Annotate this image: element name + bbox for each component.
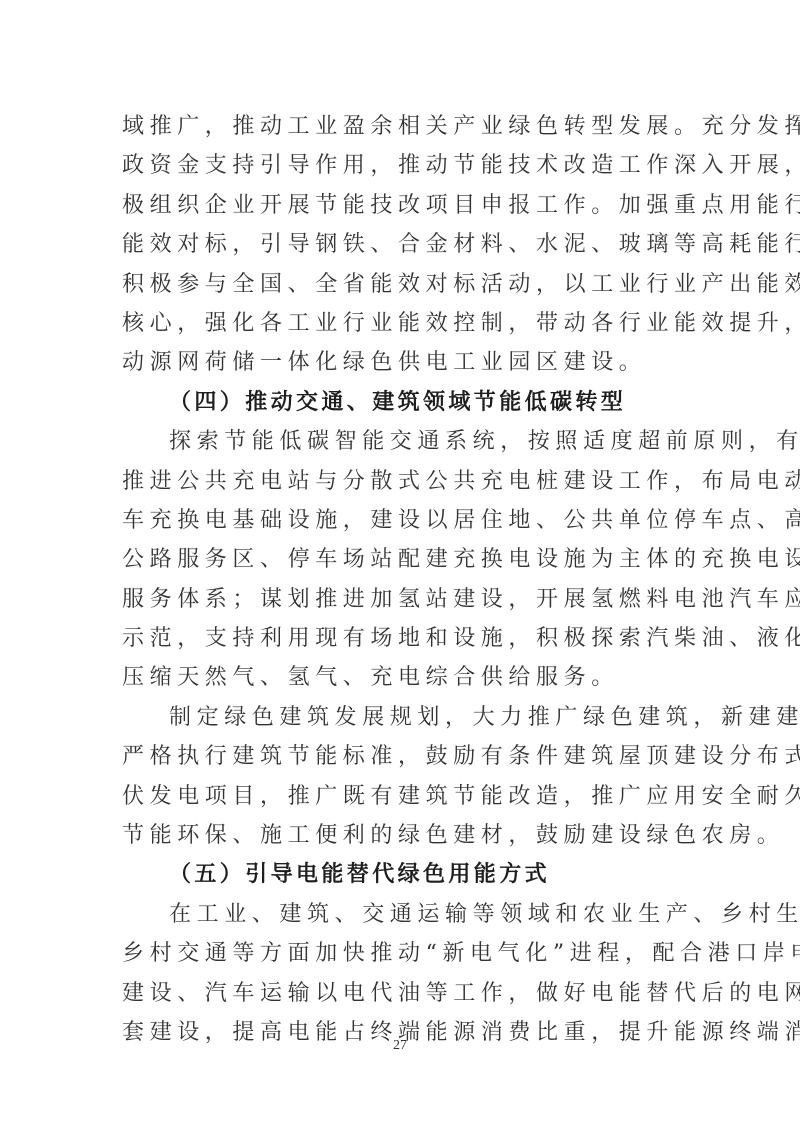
text-line: 积极参与全国、全省能效对标活动，以工业行业产出能效为 bbox=[122, 265, 680, 304]
text-line: 服务体系；谋划推进加氢站建设，开展氢燃料电池汽车应用 bbox=[122, 580, 680, 619]
paragraph-industry-energy-efficiency: 域推广，推动工业盈余相关产业绿色转型发展。充分发挥财 政资金支持引导作用，推动节… bbox=[122, 107, 680, 383]
paragraph-transportation: 探索节能低碳智能交通系统，按照适度超前原则，有序 推进公共充电站与分散式公共充电… bbox=[122, 422, 680, 698]
text-line: 核心，强化各工业行业能效控制，带动各行业能效提升，推 bbox=[122, 304, 680, 343]
section-heading-5: （五）引导电能替代绿色用能方式 bbox=[122, 855, 680, 894]
text-line: 建设、汽车运输以电代油等工作，做好电能替代后的电网配 bbox=[122, 974, 680, 1013]
body-text: 域推广，推动工业盈余相关产业绿色转型发展。充分发挥财 政资金支持引导作用，推动节… bbox=[122, 107, 680, 1052]
text-line: 政资金支持引导作用，推动节能技术改造工作深入开展，积 bbox=[122, 146, 680, 185]
paragraph-electrification: 在工业、建筑、交通运输等领域和农业生产、乡村生活、 乡村交通等方面加快推动“新电… bbox=[122, 895, 680, 1053]
text-line: 能效对标，引导钢铁、合金材料、水泥、玻璃等高耗能行业 bbox=[122, 225, 680, 264]
text-line: 压缩天然气、氢气、充电综合供给服务。 bbox=[122, 658, 680, 697]
text-line: 域推广，推动工业盈余相关产业绿色转型发展。充分发挥财 bbox=[122, 107, 680, 146]
text-line: 制定绿色建筑发展规划，大力推广绿色建筑，新建建筑 bbox=[122, 698, 680, 737]
text-line: 伏发电项目，推广既有建筑节能改造，推广应用安全耐久、 bbox=[122, 777, 680, 816]
text-line: 乡村交通等方面加快推动“新电气化”进程，配合港口岸电 bbox=[122, 934, 680, 973]
text-line: 示范，支持利用现有场地和设施，积极探索汽柴油、液化/ bbox=[122, 619, 680, 658]
text-line: 公路服务区、停车场站配建充换电设施为主体的充换电设施 bbox=[122, 540, 680, 579]
text-line: 极组织企业开展节能技改项目申报工作。加强重点用能行业 bbox=[122, 186, 680, 225]
text-line: 车充换电基础设施，建设以居住地、公共单位停车点、高速 bbox=[122, 501, 680, 540]
text-line: 节能环保、施工便利的绿色建材，鼓励建设绿色农房。 bbox=[122, 816, 680, 855]
section-heading-4: （四）推动交通、建筑领域节能低碳转型 bbox=[122, 383, 680, 422]
text-line: 动源网荷储一体化绿色供电工业园区建设。 bbox=[122, 343, 680, 382]
page-number: 27 bbox=[0, 1038, 800, 1054]
paragraph-green-buildings: 制定绿色建筑发展规划，大力推广绿色建筑，新建建筑 严格执行建筑节能标准，鼓励有条… bbox=[122, 698, 680, 856]
text-line: 探索节能低碳智能交通系统，按照适度超前原则，有序 bbox=[122, 422, 680, 461]
text-line: 严格执行建筑节能标准，鼓励有条件建筑屋顶建设分布式光 bbox=[122, 737, 680, 776]
document-page: 域推广，推动工业盈余相关产业绿色转型发展。充分发挥财 政资金支持引导作用，推动节… bbox=[0, 0, 800, 1131]
text-line: 推进公共充电站与分散式公共充电桩建设工作，布局电动汽 bbox=[122, 462, 680, 501]
text-line: 在工业、建筑、交通运输等领域和农业生产、乡村生活、 bbox=[122, 895, 680, 934]
